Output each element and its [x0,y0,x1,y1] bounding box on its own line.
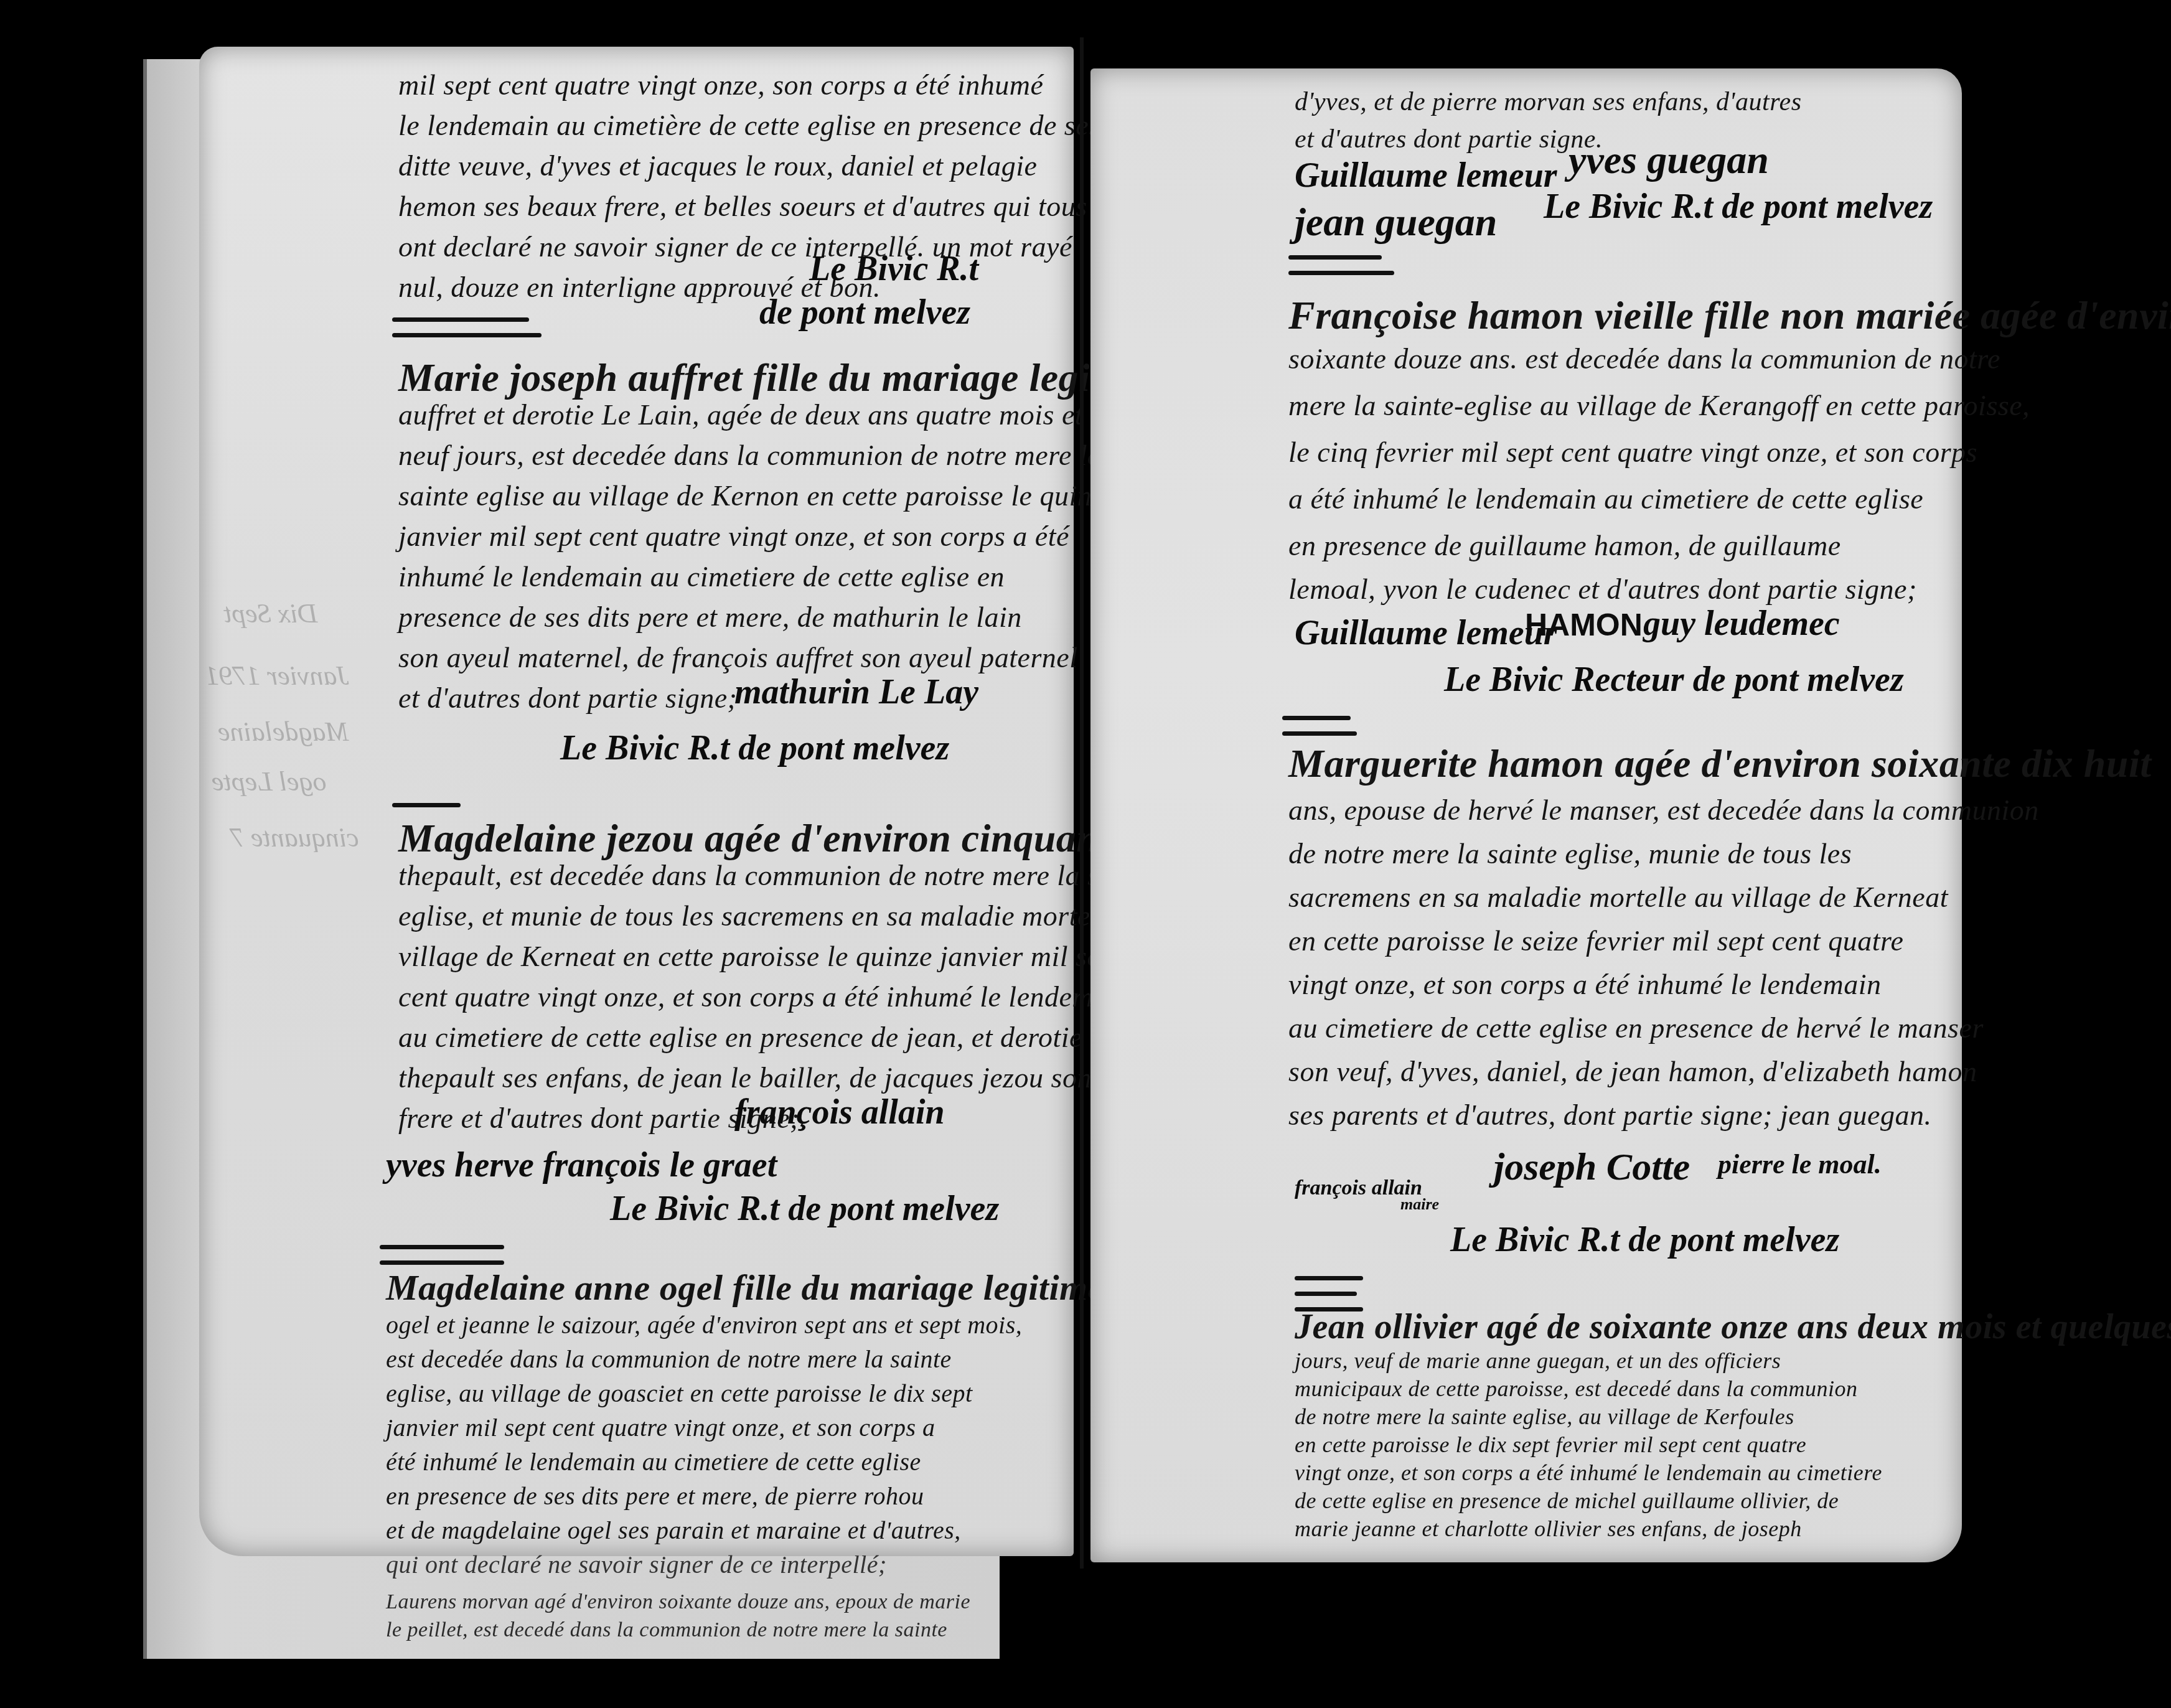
signature: joseph Cotte [1494,1145,1690,1189]
entry-line: a été inhumé le lendemain au cimetiere d… [1288,482,1923,515]
ghost-text: Janvier 1791 [205,660,349,692]
signature: de pont melvez [759,293,970,332]
entry-line: sacremens en sa maladie mortelle au vill… [1288,881,1948,914]
signature: françois allain [734,1092,945,1132]
entry-line: Jean ollivier agé de soixante onze ans d… [1295,1307,2171,1347]
entry-line: en presence de ses dits pere et mere, de… [386,1481,924,1511]
entry-line: Marguerite hamon agée d'environ soixante… [1288,741,2151,787]
entry-line: Laurens morvan agé d'environ soixante do… [386,1590,970,1614]
ghost-text: Magdelaine [218,716,349,748]
signature: Guillaume lemeur [1295,613,1557,653]
entry-line: été inhumé le lendemain au cimetiere de … [386,1447,921,1476]
entry-divider [392,317,529,322]
signature: yves guegan [1568,137,1769,183]
ghost-text: ogel Lepte [212,766,327,797]
entry-line: en presence de guillaume hamon, de guill… [1288,529,1841,562]
entry-line: village de Kerneat en cette paroisse le … [398,940,1123,973]
entry-line: inhumé le lendemain au cimetiere de cett… [398,560,1005,593]
entry-line: ans, epouse de hervé le manser, est dece… [1288,794,2039,827]
entry-line: mere la sainte-eglise au village de Kera… [1288,389,2030,422]
entry-line: en cette paroisse le dix sept fevrier mi… [1295,1432,1806,1458]
signature: pierre le moal. [1718,1148,1882,1180]
signature: Le Bivic R.t de pont melvez [1544,187,1933,227]
entry-divider [1288,255,1382,260]
entry-line: presence de ses dits pere et mere, de ma… [398,601,1022,634]
entry-line: mil sept cent quatre vingt onze, son cor… [398,68,1043,101]
entry-line: janvier mil sept cent quatre vingt onze,… [386,1413,935,1442]
signature: jean guegan [1295,199,1497,245]
ghost-text: cinquante 7 [230,822,359,853]
signature: maire [1400,1195,1439,1214]
entry-divider [1288,271,1394,275]
entry-line: ditte veuve, d'yves et jacques le roux, … [398,149,1038,182]
signature: Le Bivic R.t de pont melvez [1450,1220,1839,1260]
signature: Guillaume lemeur [1295,156,1557,195]
signature: yves herve françois le graet [386,1145,777,1185]
entry-line: son veuf, d'yves, daniel, de jean hamon,… [1288,1055,1977,1088]
entry-line: thepault, est decedée dans la communion … [398,859,1158,892]
ghost-text: Dix Sept [224,598,317,629]
entry-divider [1282,716,1351,720]
entry-line: vingt onze, et son corps a été inhumé le… [1288,968,1881,1001]
entry-line: est decedée dans la communion de notre m… [386,1344,952,1374]
entry-line: jours, veuf de marie anne guegan, et un … [1295,1348,1781,1374]
entry-line: qui ont declaré ne savoir signer de ce i… [386,1550,887,1579]
signature: guy leudemec [1643,604,1840,644]
entry-line: et de magdelaine ogel ses parain et mara… [386,1516,961,1545]
signature: Le Bivic R.t de pont melvez [560,728,949,768]
entry-divider [392,803,461,807]
entry-line: le cinq fevrier mil sept cent quatre vin… [1288,436,1977,469]
entry-line: neuf jours, est decedée dans la communio… [398,439,1102,472]
entry-line: eglise, au village de goasciet en cette … [386,1379,973,1408]
entry-divider [380,1245,504,1249]
page-gutter [1080,37,1084,1569]
entry-line: de cette eglise en presence de michel gu… [1295,1488,1839,1514]
entry-line: au cimetiere de cette eglise en presence… [1288,1011,1984,1044]
entry-line: hemon ses beaux frere, et belles soeurs … [398,190,1087,223]
entry-line: Françoise hamon vieille fille non mariée… [1288,293,2171,339]
entry-divider [380,1260,504,1265]
entry-line: municipaux de cette paroisse, est decedé… [1295,1376,1857,1402]
entry-line: de notre mere la sainte eglise, munie de… [1288,837,1852,870]
entry-line: sainte eglise au village de Kernon en ce… [398,479,1117,512]
entry-line: marie jeanne et charlotte ollivier ses e… [1295,1516,1802,1542]
entry-line: ses parents et d'autres, dont partie sig… [1288,1099,1932,1132]
entry-line: soixante douze ans. est decedée dans la … [1288,342,2000,375]
entry-line: et d'autres dont partie signe. [1295,124,1603,154]
signature: Le Bivic Recteur de pont melvez [1444,660,1904,700]
entry-line: au cimetiere de cette eglise en presence… [398,1021,1146,1054]
entry-divider [1282,731,1357,736]
entry-line: en cette paroisse le seize fevrier mil s… [1288,924,1904,957]
entry-line: et d'autres dont partie signe; [398,682,737,715]
entry-line: le lendemain au cimetière de cette eglis… [398,109,1100,142]
signature-stamp: HAMON [1525,607,1643,643]
entry-line: de notre mere la sainte eglise, au villa… [1295,1404,1794,1430]
entry-line: cent quatre vingt onze, et son corps a é… [398,980,1130,1013]
entry-divider [1295,1276,1363,1280]
entry-line: janvier mil sept cent quatre vingt onze,… [398,520,1069,553]
entry-line: son ayeul maternel, de françois auffret … [398,641,1078,674]
entry-line: auffret et derotie Le Lain, agée de deux… [398,398,1083,431]
entry-divider [1295,1292,1357,1296]
entry-line: ogel et jeanne le saizour, agée d'enviro… [386,1310,1022,1340]
entry-line: eglise, et munie de tous les sacremens e… [398,899,1156,932]
entry-divider [392,333,542,337]
signature: Le Bivic R.t [809,249,978,289]
entry-line: d'yves, et de pierre morvan ses enfans, … [1295,87,1802,117]
entry-line: vingt onze, et son corps a été inhumé le… [1295,1460,1882,1486]
signature: Le Bivic R.t de pont melvez [610,1189,999,1229]
signature: mathurin Le Lay [734,672,978,712]
entry-line: thepault ses enfans, de jean le bailler,… [398,1061,1092,1094]
entry-line: le peillet, est decedé dans la communion… [386,1618,947,1642]
entry-line: lemoal, yvon le cudenec et d'autres dont… [1288,573,1917,606]
